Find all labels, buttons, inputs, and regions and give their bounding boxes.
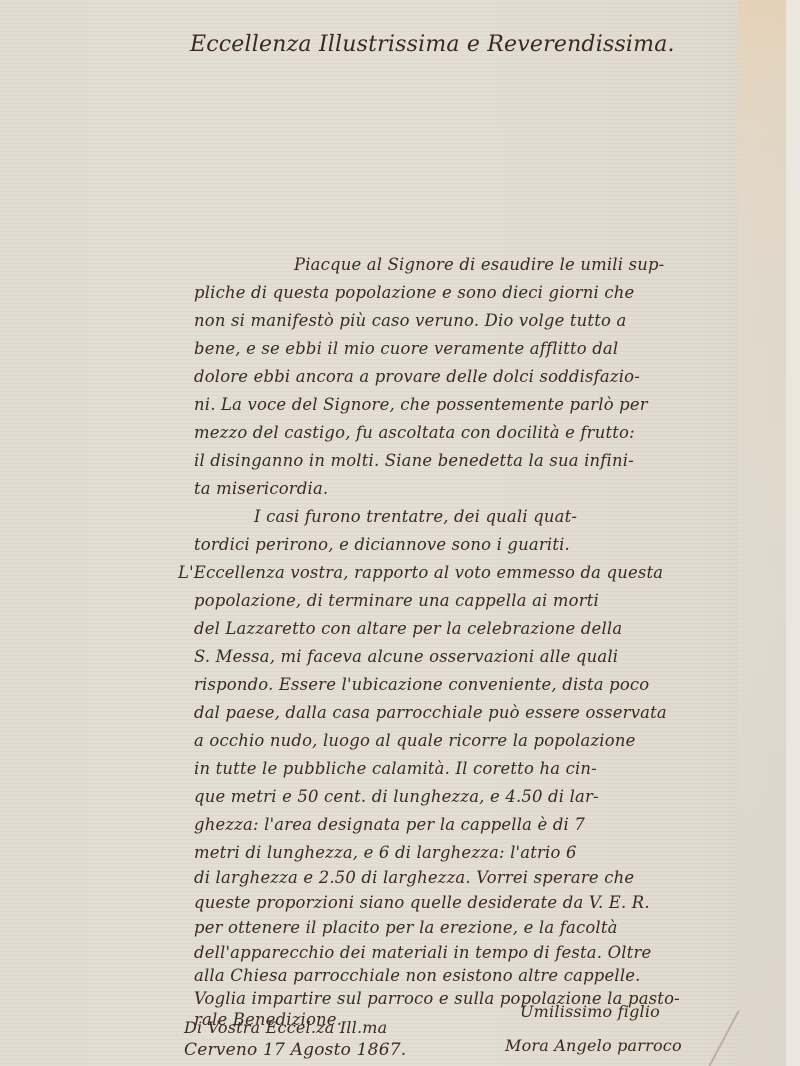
valediction: Umilissimo figlio	[520, 1002, 660, 1021]
letter-line: del Lazzaretto con altare per la celebra…	[194, 619, 622, 638]
letter-line: in tutte le pubbliche calamità. Il coret…	[194, 759, 597, 778]
letter-line: queste proporzioni siano quelle desidera…	[194, 893, 650, 912]
letter-line: ta misericordia.	[194, 479, 328, 498]
letter-line: mezzo del castigo, fu ascoltata con doci…	[194, 423, 635, 442]
letter-line: il disinganno in molti. Siane benedetta …	[194, 451, 634, 470]
letter-line: rispondo. Essere l'ubicazione convenient…	[194, 675, 649, 694]
place-date-line: Cerveno 17 Agosto 1867.	[184, 1040, 406, 1060]
signature: Mora Angelo parroco	[505, 1036, 682, 1055]
letter-line: popolazione, di terminare una cappella a…	[194, 591, 599, 610]
letter-line: di larghezza e 2.50 di larghezza. Vorrei…	[194, 868, 634, 887]
letter-line: S. Messa, mi faceva alcune osservazioni …	[194, 647, 618, 666]
letter-line: que metri e 50 cent. di lunghezza, e 4.5…	[194, 787, 599, 806]
letter-line: dolore ebbi ancora a provare delle dolci…	[194, 367, 640, 386]
letter-line: tordici perirono, e diciannove sono i gu…	[194, 535, 570, 554]
letter-line: bene, e se ebbi il mio cuore veramente a…	[194, 339, 618, 358]
letter-line: dal paese, dalla casa parrocchiale può e…	[194, 703, 667, 722]
letter-salutation: Eccellenza Illustrissima e Reverendissim…	[190, 32, 675, 57]
letter-line: metri di lunghezza, e 6 di larghezza: l'…	[194, 843, 577, 862]
letter-line: non si manifestò più caso veruno. Dio vo…	[194, 311, 626, 330]
letter-line: Piacque al Signore di esaudire le umili …	[294, 255, 664, 274]
letter-line: per ottenere il placito per la erezione,…	[194, 918, 618, 937]
letter-line: a occhio nudo, luogo al quale ricorre la…	[194, 731, 635, 750]
letter-line: I casi furono trentatre, dei quali quat-	[254, 507, 577, 526]
letter-line: alla Chiesa parrocchiale non esistono al…	[194, 966, 641, 985]
letter-line: ghezza: l'area designata per la cappella…	[194, 815, 585, 834]
letter-line: ni. La voce del Signore, che possentemen…	[194, 395, 648, 414]
closing-address-line: Di Vostra Eccel.za Ill.ma	[184, 1018, 387, 1037]
letter-line: pliche di questa popolazione e sono diec…	[194, 283, 634, 302]
letter-line: dell'apparecchio dei materiali in tempo …	[194, 943, 651, 962]
paper-right-margin	[786, 0, 800, 1066]
letter-line: L'Eccellenza vostra, rapporto al voto em…	[178, 563, 663, 582]
paper-edge-strip	[738, 0, 786, 1066]
